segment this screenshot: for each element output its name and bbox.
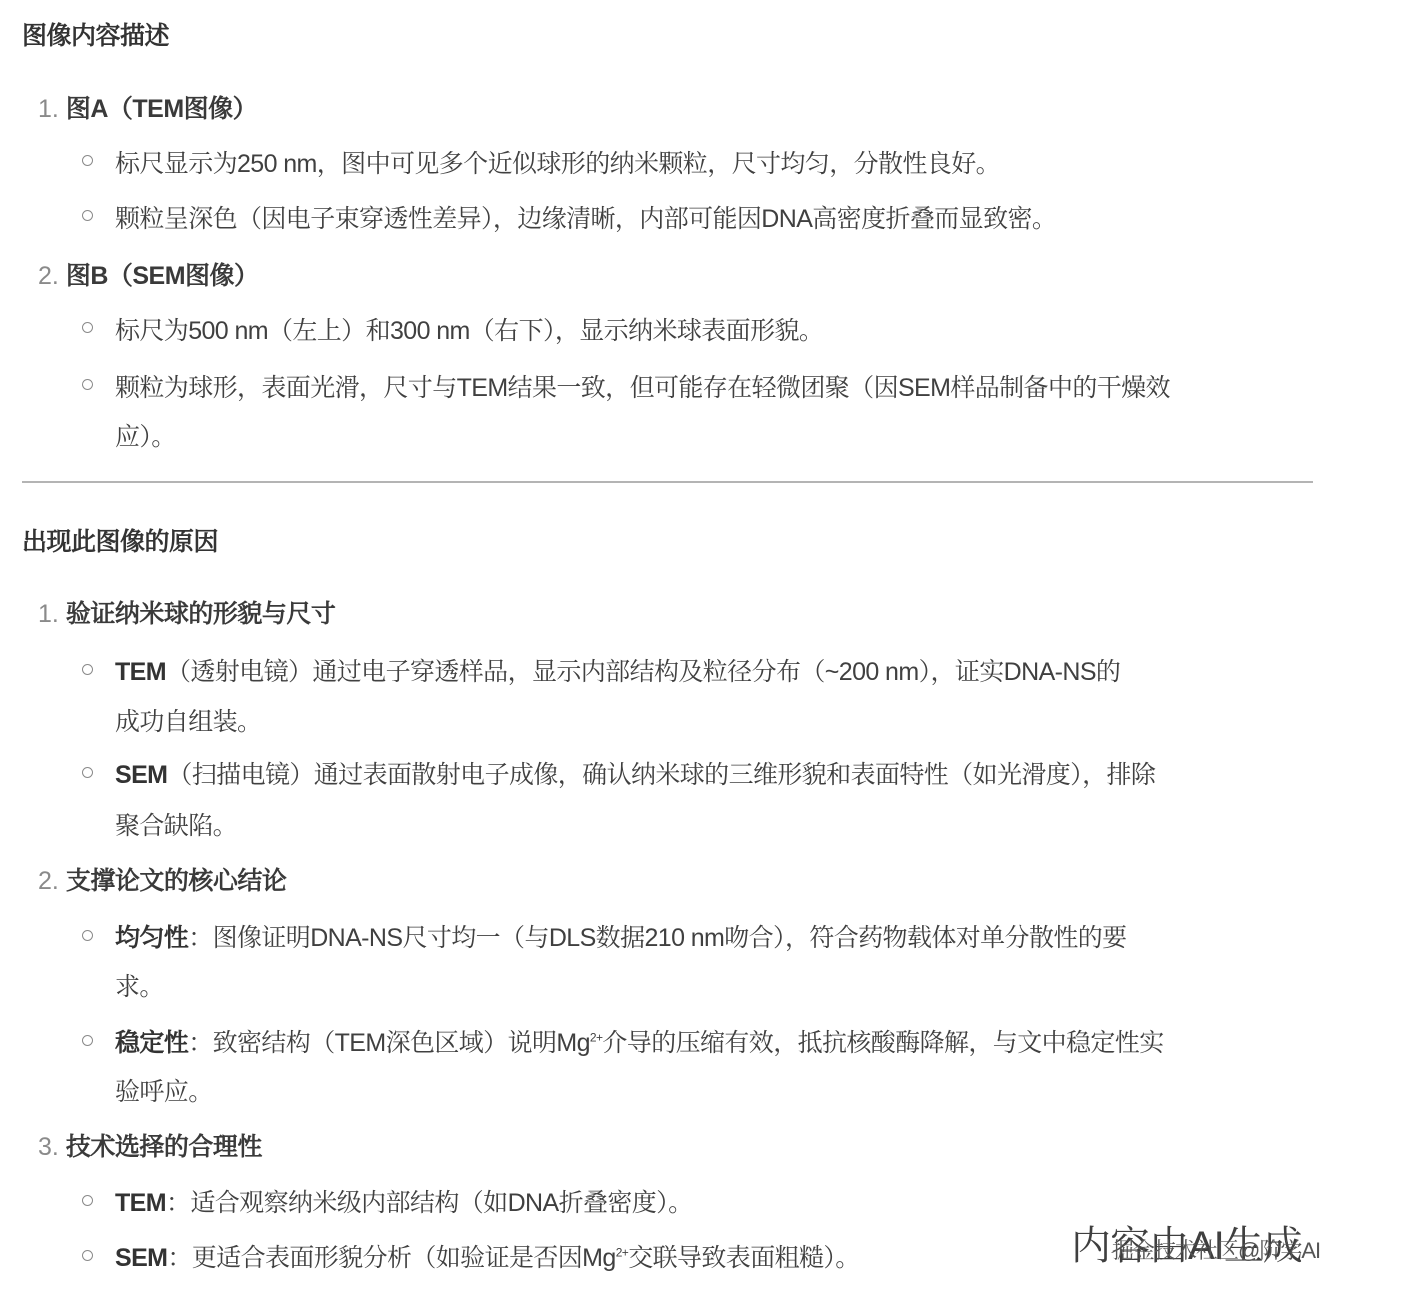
list-item-technique-rationale: 3. 技术选择的合理性 (38, 1127, 262, 1163)
bullet-text: 标尺显示为250 nm，图中可见多个近似球形的纳米颗粒，尺寸均匀，分散性良好。 (115, 144, 1000, 180)
list-item-figure-a: 1. 图A（TEM图像） (38, 89, 257, 125)
list-item-figure-b: 2. 图B（SEM图像） (38, 256, 259, 292)
bullet-text: 标尺为500 nm（左上）和300 nm（右下），显示纳米球表面形貌。 (115, 311, 823, 347)
source-watermark: 掘金技术社区@阶学AI (1112, 1234, 1320, 1265)
bullet-circle-icon (82, 664, 93, 675)
list-number: 1. (38, 600, 59, 628)
list-number: 3. (38, 1133, 59, 1161)
bold-term: TEM (115, 658, 166, 686)
bullet-text-line1: TEM（透射电镜）通过电子穿透样品，显示内部结构及粒径分布（~200 nm），证… (115, 652, 1120, 688)
bullet-text-line2: 求。 (115, 967, 164, 1003)
list-number: 2. (38, 867, 59, 895)
list-item-title: 验证纳米球的形貌与尺寸 (66, 600, 336, 628)
list-item-title: 技术选择的合理性 (66, 1133, 262, 1161)
bullet-circle-icon (82, 155, 93, 166)
bullet-circle-icon (82, 379, 93, 390)
bullet-circle-icon (82, 767, 93, 778)
bullet-text: 颗粒呈深色（因电子束穿透性差异），边缘清晰，内部可能因DNA高密度折叠而显致密。 (115, 199, 1056, 235)
bullet-text-line2: 成功自组装。 (115, 702, 261, 738)
bullet-text-line1: 颗粒为球形，表面光滑，尺寸与TEM结果一致，但可能存在轻微团聚（因SEM样品制备… (115, 368, 1170, 404)
bullet-text-line1: TEM：适合观察纳米级内部结构（如DNA折叠密度）。 (115, 1183, 692, 1219)
section-heading-reasons: 出现此图像的原因 (22, 522, 218, 558)
bullet-text-line1: 均匀性：图像证明DNA-NS尺寸均一（与DLS数据210 nm吻合），符合药物载… (115, 918, 1127, 954)
list-item-title: 图B（SEM图像） (66, 262, 259, 290)
bullet-text-line1: 稳定性：致密结构（TEM深色区域）说明Mg2+介导的压缩有效，抵抗核酸酶降解，与… (115, 1023, 1164, 1059)
list-item-verify-morphology: 1. 验证纳米球的形貌与尺寸 (38, 594, 335, 630)
bullet-circle-icon (82, 1195, 93, 1206)
bullet-text-line1: SEM（扫描电镜）通过表面散射电子成像，确认纳米球的三维形貌和表面特性（如光滑度… (115, 755, 1155, 791)
list-item-title: 支撑论文的核心结论 (66, 867, 287, 895)
bold-term: 均匀性 (115, 924, 188, 952)
horizontal-divider (22, 481, 1313, 483)
bold-term: TEM (115, 1189, 166, 1217)
bullet-text-line2: 验呼应。 (115, 1072, 213, 1108)
bold-term: SEM (115, 1244, 167, 1272)
list-item-core-conclusions: 2. 支撑论文的核心结论 (38, 861, 286, 897)
list-number: 2. (38, 262, 59, 290)
bullet-text-line2: 应）。 (115, 417, 176, 453)
list-number: 1. (38, 95, 59, 123)
bullet-text-line1: SEM：更适合表面形貌分析（如验证是否因Mg2+交联导致表面粗糙）。 (115, 1238, 860, 1274)
bold-term: SEM (115, 761, 167, 789)
bullet-circle-icon (82, 210, 93, 221)
bullet-circle-icon (82, 930, 93, 941)
bold-term: 稳定性 (115, 1029, 188, 1057)
bullet-circle-icon (82, 322, 93, 333)
bullet-circle-icon (82, 1035, 93, 1046)
section-heading-image-description: 图像内容描述 (22, 16, 169, 52)
list-item-title: 图A（TEM图像） (66, 95, 257, 123)
bullet-circle-icon (82, 1250, 93, 1261)
bullet-text-line2: 聚合缺陷。 (115, 806, 237, 842)
